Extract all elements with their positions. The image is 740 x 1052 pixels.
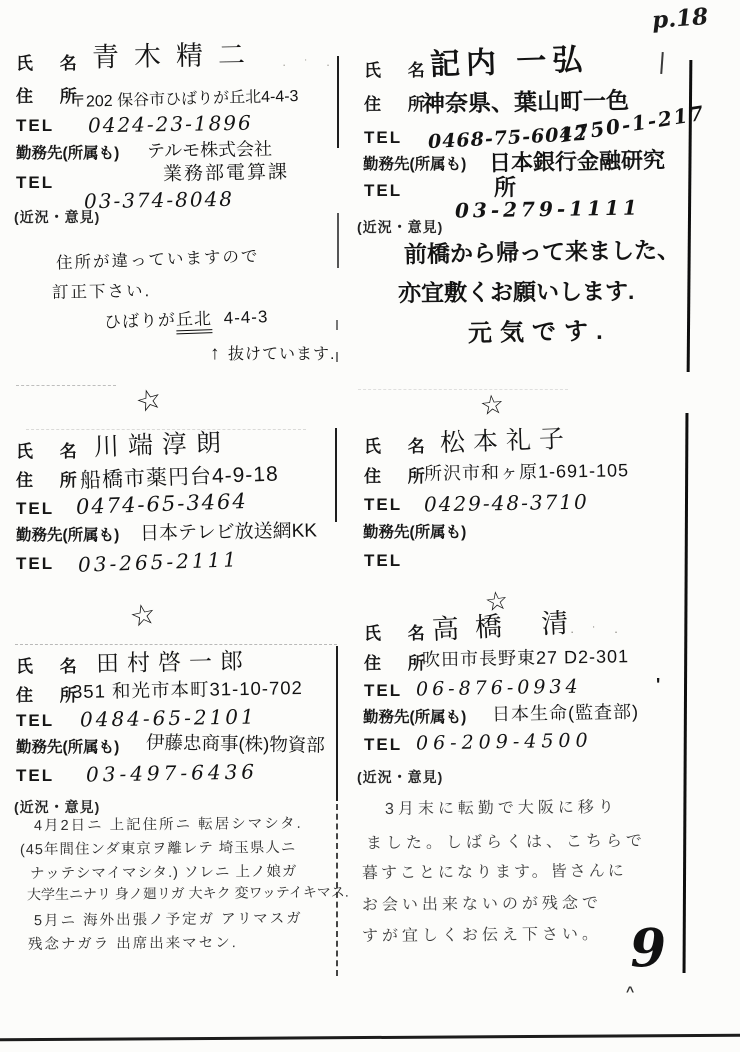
address-value: 神奈県、葉山町一色 xyxy=(422,88,629,117)
missing-note-text: 抜けています. xyxy=(228,346,335,363)
field-label-notes: (近況・意見) xyxy=(357,770,443,785)
corrected-address-emphasis: 丘北 xyxy=(176,309,213,334)
work-tel-value: 03-265-2111 xyxy=(78,548,240,576)
note-line: 元気です. xyxy=(468,319,611,348)
field-label-name: 氏 名 xyxy=(364,438,436,457)
note-line: すが宜しくお伝え下さい。 xyxy=(362,926,602,946)
field-label-tel: TEL xyxy=(16,500,54,519)
field-label-notes: (近況・意見) xyxy=(14,210,100,225)
field-label-work-tel: TEL xyxy=(16,555,54,574)
tel-value: 0484-65-2101 xyxy=(80,705,257,730)
field-label-work: 勤務先(所属も) xyxy=(16,527,119,544)
note-line: (45年間住ンダ東京ヲ離レテ 埼玉県人ニ xyxy=(20,841,297,859)
note-line: ました。しばらくは、こちらで xyxy=(366,833,646,853)
note-line-missing-pointer: ↑ 抜けています. xyxy=(210,344,335,365)
field-label-notes: (近況・意見) xyxy=(14,800,100,815)
ink-smudge: · ˙ · xyxy=(282,58,337,72)
field-label-notes: (近況・意見) xyxy=(357,220,443,235)
corrected-address-post: 4-4-3 xyxy=(223,307,268,328)
corrected-address-pre: ひばりが xyxy=(104,310,177,332)
field-label-name: 氏 名 xyxy=(364,62,436,81)
tel-value: 0424-23-1896 xyxy=(88,112,253,137)
name-value: 田村啓一郎 xyxy=(96,649,251,677)
tel-value: 06-876-0934 xyxy=(416,677,582,701)
address-value: 所沢市和ヶ原1-691-105 xyxy=(424,461,629,484)
note-line: 残念ナガラ 出席出来マセン. xyxy=(28,936,238,954)
note-line: 訂正下さい. xyxy=(52,282,151,302)
note-line: 前橋から帰って来ました、 xyxy=(404,238,680,268)
column-divider-segment xyxy=(335,428,337,522)
note-line: 3月末に転勤で大阪に移り xyxy=(385,799,618,819)
field-label-work-tel: TEL xyxy=(364,552,402,571)
field-label-work: 勤務先(所属も) xyxy=(363,709,466,726)
work-value: テルモ株式会社 xyxy=(147,140,272,162)
note-line: 大学生ニナリ 身ノ廻リガ 大キク 変ワッテイキマス. xyxy=(27,885,349,903)
work-value: 日本テレビ放送網KK xyxy=(140,521,317,545)
address-value: 351 和光市本町31-10-702 xyxy=(72,678,303,702)
scanned-contact-sheet: p.18 ^ 氏 名 青木精二 · ˙ · 住 所 〒202 保谷市ひばりが丘北… xyxy=(0,0,740,1052)
up-arrow-icon: ↑ xyxy=(210,343,220,364)
column-divider-segment xyxy=(336,352,338,362)
field-label-work: 勤務先(所属も) xyxy=(363,156,466,173)
handwritten-page-number: 9 xyxy=(629,919,667,977)
field-label-name: 氏 名 xyxy=(16,55,88,74)
section-divider-dashes xyxy=(358,389,568,390)
field-label-work-tel: TEL xyxy=(16,767,54,786)
section-divider-dashes xyxy=(15,644,337,645)
address-value: 吹田市長野東27 D2-301 xyxy=(422,647,629,670)
star-icon: ☆ xyxy=(478,389,505,422)
work-tel-value: 03-374-8048 xyxy=(84,188,234,213)
field-label-work-tel: TEL xyxy=(364,182,402,201)
note-line: 亦宜敷くお願いします. xyxy=(398,279,635,306)
caret-mark: ^ xyxy=(626,984,634,999)
right-border-segment xyxy=(683,413,689,973)
note-line: ナッテシマイマシタ.) ソレニ 上ノ娘ガ xyxy=(30,865,298,883)
field-label-name: 氏 名 xyxy=(16,443,88,462)
name-value: 記内 一弘 xyxy=(429,43,588,82)
work-value: 日本銀行金融研究 xyxy=(489,148,665,175)
note-line: お会い出来ないのが残念で xyxy=(362,895,602,915)
work-tel-value: 03-497-6436 xyxy=(86,761,258,786)
address-value: 〒202 保谷市ひばりが丘北4-4-3 xyxy=(70,88,299,112)
stray-mark: ' xyxy=(656,676,660,696)
work-tel-value: 03-279-1111 xyxy=(455,196,641,221)
note-line: 住所が違っていますので xyxy=(56,247,260,272)
field-label-work: 勤務先(所属も) xyxy=(363,524,466,541)
field-label-name: 氏 名 xyxy=(364,625,436,644)
name-value: 松本礼子 xyxy=(440,426,573,458)
field-label-address: 住 所 xyxy=(16,472,88,491)
work-value-wrap: 所 xyxy=(494,176,516,200)
field-label-work: 勤務先(所属も) xyxy=(16,739,119,756)
star-icon: ☆ xyxy=(127,596,160,636)
field-label-work-tel: TEL xyxy=(364,736,402,755)
field-label-work-tel: TEL xyxy=(16,174,54,193)
work-value: 日本生命(監査部) xyxy=(492,703,639,725)
name-value: 川端淳朗 xyxy=(94,430,231,462)
star-icon: ☆ xyxy=(132,380,167,421)
field-label-tel: TEL xyxy=(16,117,54,136)
field-label-tel: TEL xyxy=(364,129,402,148)
note-line-corrected-address: ひばりが丘北 4-4-3 xyxy=(104,308,269,332)
address-value: 船橋市薬円台4-9-18 xyxy=(80,463,279,493)
work-value: 伊藤忠商事(株)物資部 xyxy=(146,732,325,755)
ink-smudge: · ˙ · xyxy=(570,625,625,639)
tel-value: 0474-65-3464 xyxy=(76,490,249,519)
field-label-work: 勤務先(所属も) xyxy=(16,145,119,162)
column-divider-segment xyxy=(336,646,338,801)
note-line: 5月ニ 海外出張ノ予定ガ アリマスガ xyxy=(34,912,303,930)
name-value: 高橋 清 xyxy=(431,608,585,646)
field-label-tel: TEL xyxy=(16,712,54,731)
column-divider-segment xyxy=(337,213,339,268)
corner-tick-mark xyxy=(660,52,664,74)
work-tel-value: 06-209-4500 xyxy=(416,730,593,754)
note-line: 暮すことになります。皆さんに xyxy=(362,863,627,883)
section-divider-dashes xyxy=(16,385,116,386)
field-label-tel: TEL xyxy=(364,496,402,515)
work-dept-value: 業務部電算課 xyxy=(163,163,289,186)
note-line: 4月2日ニ 上記住所ニ 転居シマシタ. xyxy=(34,817,303,835)
page-corner-note: p.18 xyxy=(651,4,709,33)
column-divider-segment xyxy=(337,56,339,148)
field-label-tel: TEL xyxy=(364,682,402,701)
field-label-name: 氏 名 xyxy=(16,658,88,677)
bottom-rule xyxy=(0,1034,740,1042)
tel-value: 0429-48-3710 xyxy=(424,491,589,516)
name-value: 青木精二 xyxy=(92,41,260,74)
column-divider-segment xyxy=(336,320,338,330)
